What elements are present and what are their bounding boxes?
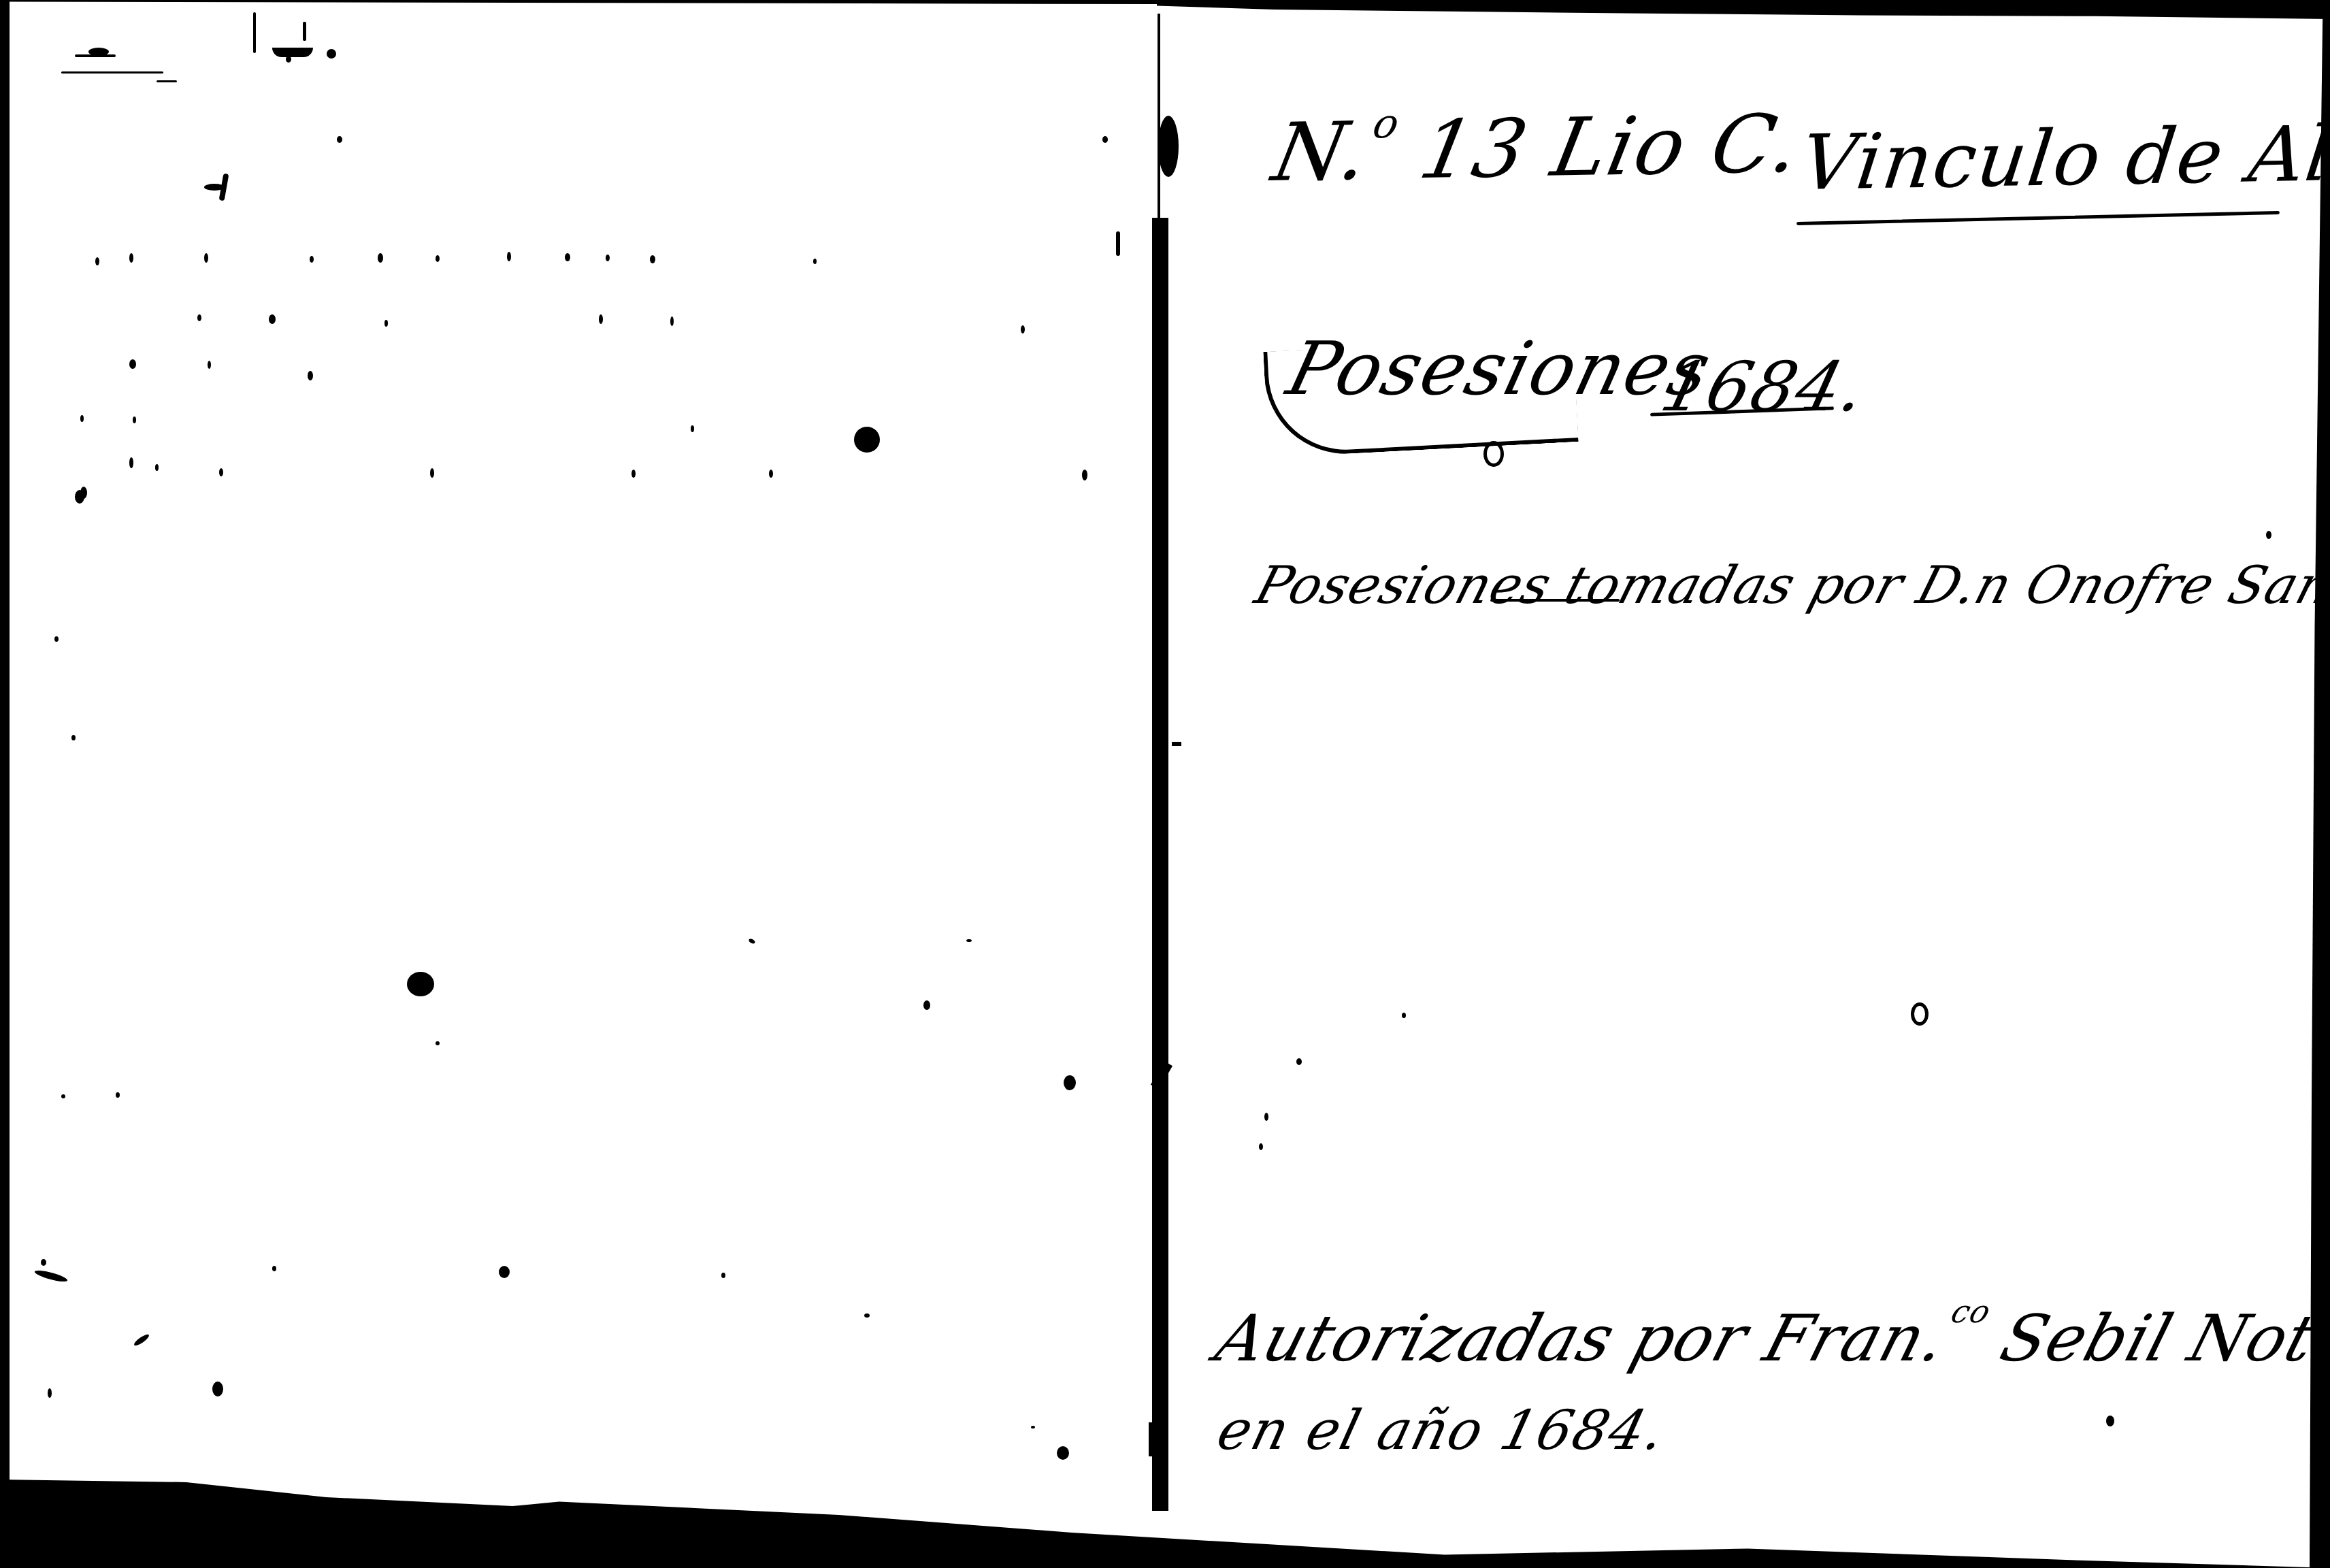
bleed-mark	[129, 359, 136, 369]
spine-line	[1152, 218, 1168, 1511]
ink-blot	[1064, 1075, 1076, 1090]
bleed-mark	[272, 1266, 276, 1271]
bleed-mark	[670, 316, 674, 326]
scanned-document: N.o 13 Lio C. Vinculo de Alboy. Posesion…	[0, 0, 2330, 1568]
bleed-mark	[1021, 325, 1025, 333]
bleed-mark	[269, 314, 276, 324]
bleed-mark	[769, 470, 773, 478]
closing-line: en el año 1684.	[1211, 1399, 1673, 1462]
bleed-mark	[1259, 1143, 1263, 1150]
bleed-mark	[204, 184, 225, 191]
bleed-mark	[1116, 231, 1120, 256]
bleed-mark	[116, 1092, 120, 1098]
bleed-mark	[41, 1259, 46, 1266]
bleed-mark	[748, 938, 756, 945]
bleed-mark	[337, 136, 342, 143]
flourish-loop	[1483, 441, 1504, 467]
bleed-mark	[54, 636, 59, 642]
ink-blot	[22, 1490, 34, 1508]
bleed-mark	[1296, 1058, 1302, 1065]
bleed-mark	[436, 1041, 440, 1045]
bleed-mark	[308, 371, 313, 380]
scan-border-left	[0, 0, 10, 1568]
bleed-mark	[1102, 136, 1108, 143]
bleed-mark	[864, 1313, 870, 1318]
reference-number: N.o 13 Lio C.	[1266, 93, 1809, 199]
bleed-mark	[384, 320, 388, 327]
bleed-mark	[129, 457, 133, 468]
bleed-mark	[80, 415, 84, 422]
bleed-mark	[1264, 1113, 1268, 1121]
heading: Posesiones	[1279, 327, 1720, 412]
bleed-mark	[253, 12, 256, 53]
bleed-mark	[721, 1273, 725, 1278]
bleed-mark	[61, 71, 163, 73]
spine-bulge	[1158, 116, 1179, 177]
bleed-mark	[691, 425, 694, 432]
bleed-mark	[1031, 1426, 1035, 1428]
bleed-mark	[378, 253, 383, 263]
ink-blot	[854, 427, 880, 453]
stray-loop-mark	[1911, 1002, 1929, 1026]
ink-dot	[2106, 1416, 2114, 1426]
ink-blot	[923, 1000, 930, 1010]
bleed-mark	[966, 939, 972, 942]
bleed-mark	[88, 48, 109, 56]
bleed-mark	[129, 253, 133, 263]
ink-blot	[212, 1382, 223, 1396]
bleed-mark	[565, 253, 570, 261]
spine-tick	[1149, 1422, 1155, 1456]
bleed-mark	[208, 361, 211, 369]
bleed-mark	[310, 256, 314, 263]
bleed-mark	[1402, 1013, 1406, 1018]
bleed-mark	[631, 470, 636, 478]
ink-blot	[75, 490, 84, 504]
scan-border-top-left	[0, 0, 1157, 4]
bleed-mark	[650, 255, 655, 263]
strikethrough-stroke	[1490, 599, 1620, 602]
bleed-mark	[303, 22, 306, 41]
ink-blot	[499, 1266, 510, 1278]
title-underline	[1796, 211, 2280, 225]
bleed-mark	[34, 1269, 69, 1284]
bleed-mark	[133, 416, 136, 423]
bleed-mark	[327, 49, 336, 59]
bleed-mark	[606, 255, 610, 261]
bleed-mark	[507, 252, 511, 261]
bleed-mark	[204, 253, 208, 263]
document-title: Vinculo de Alboy.	[1796, 107, 2330, 208]
ink-blot	[407, 972, 434, 996]
bleed-mark	[813, 259, 817, 264]
bleed-mark	[155, 464, 159, 471]
bleed-mark	[219, 468, 223, 476]
bleed-mark	[197, 314, 201, 321]
bleed-mark	[286, 56, 291, 63]
bleed-mark	[2266, 531, 2271, 539]
bleed-mark	[71, 735, 76, 740]
bleed-mark	[61, 1094, 65, 1098]
bleed-mark	[48, 1388, 52, 1398]
authorization-line: Autorizadas por Fran.co Sebil Notario,	[1208, 1293, 2330, 1376]
bleed-mark	[436, 255, 440, 262]
bleed-mark	[599, 314, 603, 324]
bleed-mark	[272, 48, 313, 57]
bleed-mark	[157, 80, 177, 82]
bleed-mark	[430, 468, 434, 478]
bleed-mark	[95, 257, 99, 265]
scan-border-top-right	[1157, 0, 2330, 19]
subject-line: Posesiones tomadas por D.n Onofre Sanz	[1249, 555, 2330, 615]
bleed-mark	[1082, 470, 1087, 480]
bleed-mark	[133, 1333, 150, 1347]
spine-tick	[1172, 742, 1181, 746]
ink-blot	[1057, 1446, 1069, 1460]
